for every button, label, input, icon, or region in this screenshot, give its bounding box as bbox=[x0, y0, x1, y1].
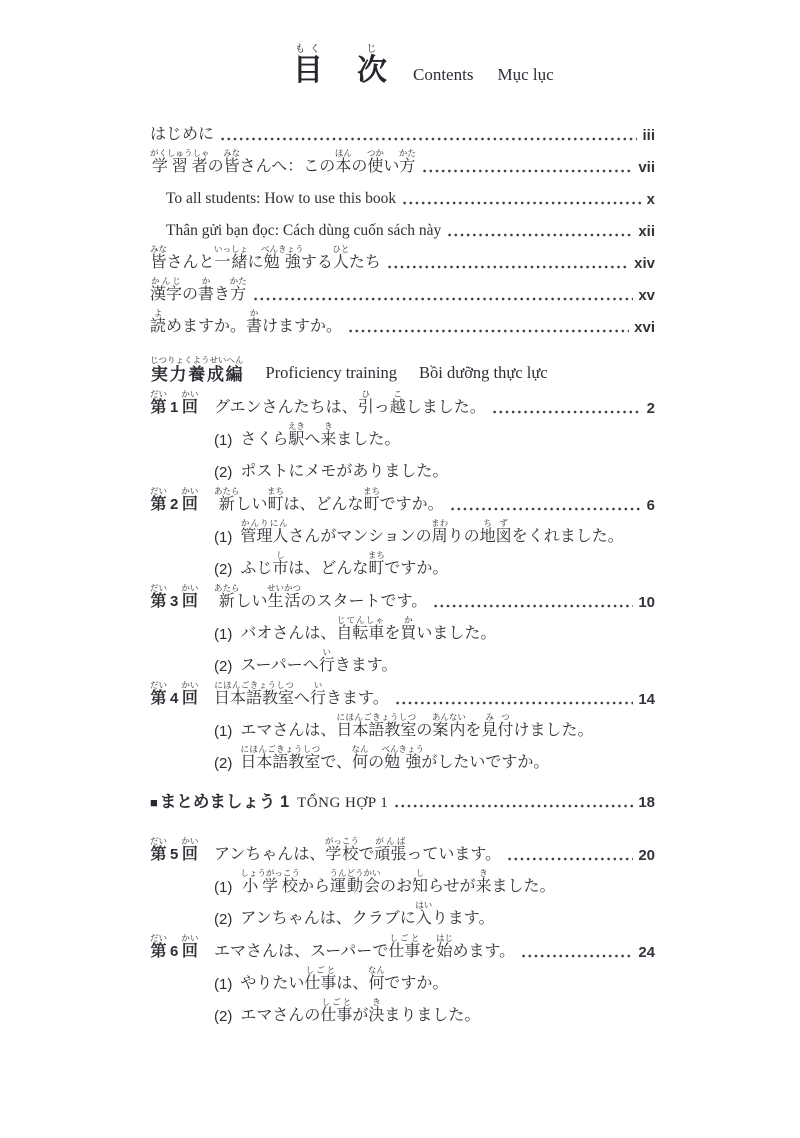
toc-entry: 皆みなさんと一緒いっしょに勉強べんきょうする人ひとたちxiv bbox=[150, 245, 655, 272]
lesson-number-label: 第だい4回かい bbox=[150, 680, 214, 708]
lesson-subsection: (2)スーパーへ行いきます。 bbox=[150, 648, 655, 675]
subsection-number: (1) bbox=[214, 880, 232, 896]
lesson-entry: 第だい6回かいエマさんは、スーパーで仕事しごとを始はじめます。24 bbox=[150, 934, 655, 961]
subsection-text: 小学校しょうがっこうから運動会うんどうかいのお知しらせが来きました。 bbox=[240, 868, 555, 896]
page-number: 20 bbox=[638, 848, 655, 863]
subsection-text: スーパーへ行いきます。 bbox=[240, 647, 397, 675]
dotted-leader bbox=[221, 137, 637, 141]
toc-entry: 漢字かんじの書かき方かたxv bbox=[150, 277, 655, 304]
subsection-text: さくら駅えきへ来きました。 bbox=[240, 421, 400, 449]
lesson-title: エマさんは、スーパーで仕事しごとを始はじめます。 bbox=[214, 933, 515, 961]
subsection-text: ポストにメモがありました。 bbox=[240, 464, 448, 481]
summary-entry: ■ まとめましょう 1 TỔNG HỢP 1 18 bbox=[150, 787, 655, 811]
subsection-text: 管理人かんりにんさんがマンションの周まわりの地図ちずをくれました。 bbox=[240, 518, 623, 546]
subsection-number: (1) bbox=[214, 530, 232, 546]
page-number: 2 bbox=[647, 401, 655, 416]
section-title-english: Proficiency training bbox=[266, 363, 398, 384]
subsection-text: 日本語教室にほんごきょうしつで、何なんの勉強べんきょうがしたいですか。 bbox=[240, 744, 549, 772]
page-number: xvi bbox=[634, 320, 655, 335]
lesson-title: アンちゃんは、学校がっこうで頑張がんばっています。 bbox=[214, 836, 501, 864]
lesson-subsection: (2)ポストにメモがありました。 bbox=[150, 454, 655, 481]
entry-title: 読よめますか。書かけますか。 bbox=[150, 308, 342, 336]
dotted-leader bbox=[388, 265, 629, 269]
section-title-japanese: 実力養成編じつりょくようせいへん bbox=[150, 355, 244, 384]
lesson-subsection: (1)小学校しょうがっこうから運動会うんどうかいのお知しらせが来きました。 bbox=[150, 869, 655, 896]
dotted-leader bbox=[493, 410, 642, 414]
subsection-number: (1) bbox=[214, 433, 232, 449]
lesson-subsection: (2)エマさんの仕事しごとが決きまりました。 bbox=[150, 998, 655, 1025]
subsection-text: エマさんの仕事しごとが決きまりました。 bbox=[240, 997, 480, 1025]
lesson-number-label: 第だい5回かい bbox=[150, 836, 214, 864]
lesson-number-label: 第だい1回かい bbox=[150, 389, 214, 417]
toc-entry: To all students: How to use this bookx bbox=[150, 181, 655, 208]
dotted-leader bbox=[448, 233, 633, 237]
lesson-entry: 第だい4回かい日本語教室にほんごきょうしつへ行いきます。14 bbox=[150, 681, 655, 708]
lesson-number-label: 第だい3回かい bbox=[150, 583, 214, 611]
page-number: 18 bbox=[638, 795, 655, 810]
dotted-leader bbox=[396, 701, 634, 705]
subsection-number: (1) bbox=[214, 977, 232, 993]
entry-title: To all students: How to use this book bbox=[150, 190, 396, 208]
subsection-text: アンちゃんは、クラブに入はいります。 bbox=[240, 900, 494, 928]
page-number: 14 bbox=[638, 692, 655, 707]
title-vietnamese: Mục lục bbox=[497, 65, 553, 87]
page-number: xv bbox=[638, 288, 655, 303]
entry-title: 皆みなさんと一緒いっしょに勉強べんきょうする人ひとたち bbox=[150, 244, 381, 272]
subsection-number: (2) bbox=[214, 756, 232, 772]
subsection-number: (2) bbox=[214, 465, 232, 481]
lesson-subsection: (2)日本語教室にほんごきょうしつで、何なんの勉強べんきょうがしたいですか。 bbox=[150, 745, 655, 772]
lesson-subsection: (2)ふじ市しは、どんな町まちですか。 bbox=[150, 551, 655, 578]
dotted-leader bbox=[254, 297, 634, 301]
lesson-entry: 第だい2回かい新あたらしい町まちは、どんな町まちですか。6 bbox=[150, 487, 655, 514]
dotted-leader bbox=[434, 604, 633, 608]
lesson-title: 新あたらしい生活せいかつのスタートです。 bbox=[214, 583, 427, 611]
lesson-title: 新あたらしい町まちは、どんな町まちですか。 bbox=[214, 486, 444, 514]
lesson-title: グエンさんたちは、引ひっ越こしました。 bbox=[214, 389, 486, 417]
subsection-text: やりたい仕事しごとは、何なんですか。 bbox=[240, 965, 448, 993]
toc-entry: 学習者がくしゅうしゃの皆みなさんへ：この本ほんの使つかい方かたvii bbox=[150, 149, 655, 176]
page-number: xiv bbox=[634, 256, 655, 271]
section-title-vietnamese: Bồi dưỡng thực lực bbox=[419, 363, 548, 384]
lesson-subsection: (2)アンちゃんは、クラブに入はいります。 bbox=[150, 901, 655, 928]
toc-entry: 読よめますか。書かけますか。xvi bbox=[150, 309, 655, 336]
dotted-leader bbox=[403, 201, 642, 205]
entry-title: はじめに bbox=[150, 127, 214, 144]
lesson-subsection: (1)やりたい仕事しごとは、何なんですか。 bbox=[150, 966, 655, 993]
subsection-text: エマさんは、日本語教室にほんごきょうしつの案内あんないを見付みつけました。 bbox=[240, 712, 593, 740]
lessons-list-part1: 第だい1回かいグエンさんたちは、引ひっ越こしました。2(1)さくら駅えきへ来きま… bbox=[150, 390, 655, 772]
title-english: Contents bbox=[413, 65, 473, 87]
lesson-subsection: (1)管理人かんりにんさんがマンションの周まわりの地図ちずをくれました。 bbox=[150, 519, 655, 546]
lesson-title: 日本語教室にほんごきょうしつへ行いきます。 bbox=[214, 680, 389, 708]
subsection-number: (2) bbox=[214, 659, 232, 675]
lesson-subsection: (1)バオさんは、自転車じてんしゃを買かいました。 bbox=[150, 616, 655, 643]
dotted-leader bbox=[522, 954, 633, 958]
subsection-number: (1) bbox=[214, 724, 232, 740]
subsection-text: バオさんは、自転車じてんしゃを買かいました。 bbox=[240, 615, 496, 643]
subsection-text: ふじ市しは、どんな町まちですか。 bbox=[240, 550, 448, 578]
lesson-entry: 第だい5回かいアンちゃんは、学校がっこうで頑張がんばっています。20 bbox=[150, 837, 655, 864]
dotted-leader bbox=[395, 804, 633, 808]
page-title: 目もく次じ Contents Mục lục bbox=[293, 44, 655, 87]
subsection-number: (2) bbox=[214, 912, 232, 928]
subsection-number: (2) bbox=[214, 562, 232, 578]
subsection-number: (2) bbox=[214, 1009, 232, 1025]
entry-title: Thân gửi bạn đọc: Cách dùng cuốn sách nà… bbox=[150, 222, 441, 240]
lesson-number-label: 第だい6回かい bbox=[150, 933, 214, 961]
page-number: 24 bbox=[638, 945, 655, 960]
subsection-number: (1) bbox=[214, 627, 232, 643]
lesson-entry: 第だい3回かい新あたらしい生活せいかつのスタートです。10 bbox=[150, 584, 655, 611]
toc-entry: はじめにiii bbox=[150, 117, 655, 144]
lessons-list-part2: 第だい5回かいアンちゃんは、学校がっこうで頑張がんばっています。20(1)小学校… bbox=[150, 837, 655, 1025]
page-number: x bbox=[647, 192, 655, 207]
lesson-entry: 第だい1回かいグエンさんたちは、引ひっ越こしました。2 bbox=[150, 390, 655, 417]
page-number: vii bbox=[638, 160, 655, 175]
title-japanese: 目もく次じ bbox=[293, 44, 387, 87]
page-number: 6 bbox=[647, 498, 655, 513]
toc-page: 目もく次じ Contents Mục lục はじめにiii学習者がくしゅうしゃ… bbox=[0, 0, 800, 1138]
summary-title-vietnamese: TỔNG HỢP 1 bbox=[297, 796, 388, 811]
page-number: iii bbox=[642, 128, 655, 143]
entry-title: 漢字かんじの書かき方かた bbox=[150, 276, 247, 304]
dotted-leader bbox=[451, 507, 642, 511]
entry-title: 学習者がくしゅうしゃの皆みなさんへ：この本ほんの使つかい方かた bbox=[150, 148, 416, 176]
lesson-subsection: (1)エマさんは、日本語教室にほんごきょうしつの案内あんないを見付みつけました。 bbox=[150, 713, 655, 740]
page-number: xii bbox=[638, 224, 655, 239]
toc-entry: Thân gửi bạn đọc: Cách dùng cuốn sách nà… bbox=[150, 213, 655, 240]
section-header: 実力養成編じつりょくようせいへん Proficiency training Bồ… bbox=[150, 356, 655, 384]
dotted-leader bbox=[508, 857, 633, 861]
square-bullet-icon: ■ bbox=[150, 796, 158, 809]
front-matter-list: はじめにiii学習者がくしゅうしゃの皆みなさんへ：この本ほんの使つかい方かたvi… bbox=[150, 117, 655, 336]
lesson-subsection: (1)さくら駅えきへ来きました。 bbox=[150, 422, 655, 449]
lesson-number-label: 第だい2回かい bbox=[150, 486, 214, 514]
summary-title-japanese: まとめましょう 1 bbox=[160, 794, 289, 811]
page-number: 10 bbox=[638, 595, 655, 610]
dotted-leader bbox=[423, 169, 633, 173]
dotted-leader bbox=[349, 329, 629, 333]
